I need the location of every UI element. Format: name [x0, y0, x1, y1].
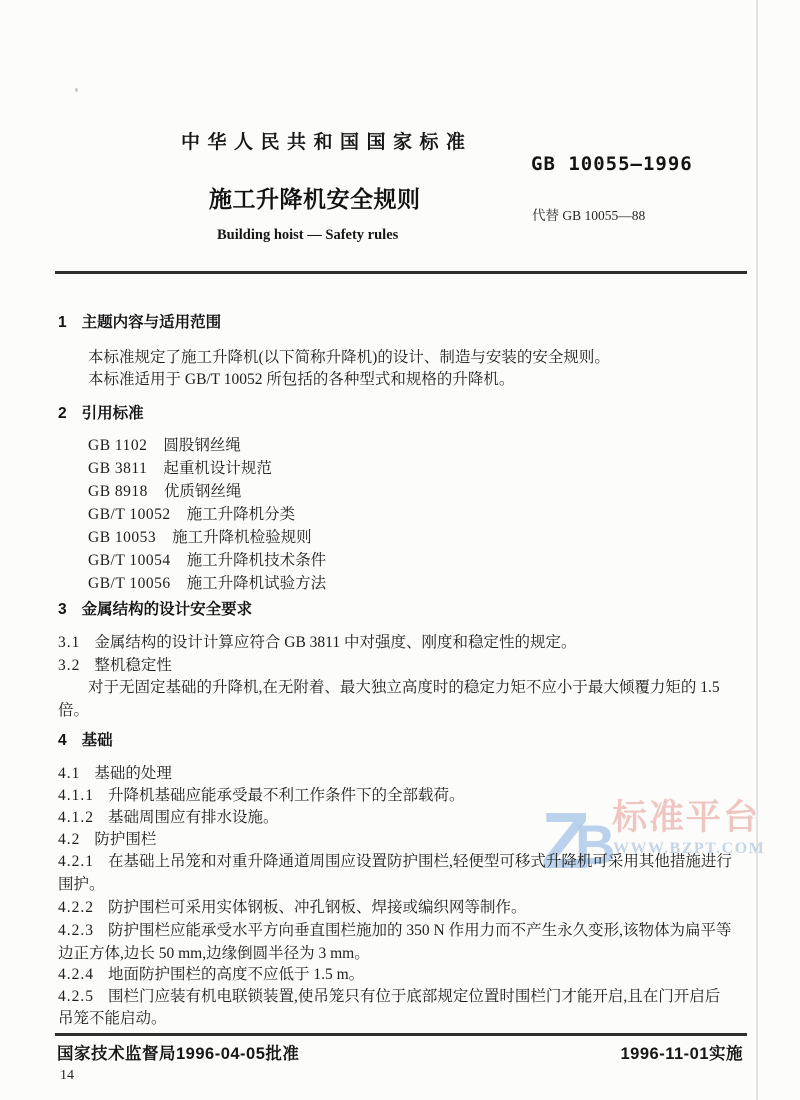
footer-implementation: 1996-11-01实施: [621, 1040, 744, 1064]
clause-4-2-3: 4.2.3防护围栏应能承受水平方向垂直围栏施加的 350 N 作用力而不产生永久…: [58, 921, 731, 940]
heading-text: 基础: [82, 732, 113, 749]
ref-gb-3811: GB 3811起重机设计规范: [88, 459, 272, 478]
watermark-name: 标准平台: [612, 790, 760, 840]
clause-number: 4.1.1: [58, 786, 94, 805]
clause-text: 在基础上吊笼和对重升降通道周围应设置防护围栏,轻便型可移式升降机可采用其他措施进…: [108, 853, 732, 870]
paragraph-stability: 对于无固定基础的升降机,在无附着、最大独立高度时的稳定力矩不应小于最大倾覆力矩的…: [88, 678, 720, 697]
clause-3-1: 3.1金属结构的设计计算应符合 GB 3811 中对强度、刚度和稳定性的规定。: [58, 633, 576, 652]
clause-4-2-1: 4.2.1在基础上吊笼和对重升降通道周围应设置防护围栏,轻便型可移式升降机可采用…: [58, 852, 732, 871]
clause-number: 4.2.5: [58, 987, 94, 1006]
clause-number: 3.2: [58, 656, 80, 675]
ref-gbt-10052: GB/T 10052施工升降机分类: [88, 505, 295, 524]
paragraph-stability-cont: 倍。: [58, 701, 89, 720]
header-rule: [55, 271, 747, 274]
clause-4-2: 4.2防护围栏: [58, 830, 156, 849]
clause-number: 4: [58, 731, 68, 750]
replaces-note: 代替 GB 10055—88: [532, 204, 645, 224]
footer-rule: [55, 1033, 747, 1036]
ref-code: GB 1102: [88, 436, 147, 455]
ref-title: 优质钢丝绳: [164, 483, 242, 500]
paragraph-scope-2: 本标准适用于 GB/T 10052 所包括的各种型式和规格的升降机。: [88, 370, 514, 389]
ref-title: 施工升降机检验规则: [172, 529, 312, 546]
ref-title: 施工升降机技术条件: [187, 552, 327, 569]
ref-title: 施工升降机分类: [187, 506, 296, 523]
document-page: 中华人民共和国国家标准 GB 10055—1996 施工升降机安全规则 代替 G…: [0, 0, 800, 1100]
clause-number: 4.2.2: [58, 898, 94, 917]
clause-number: 2: [58, 404, 68, 423]
ref-gbt-10054: GB/T 10054施工升降机技术条件: [88, 551, 326, 570]
clause-number: 3: [58, 600, 68, 619]
heading-2: 2引用标准: [58, 404, 144, 423]
clause-number: 1: [58, 313, 68, 332]
clause-3-2: 3.2整机稳定性: [58, 656, 172, 675]
document-title-en: Building hoist — Safety rules: [217, 227, 398, 244]
heading-text: 引用标准: [82, 405, 144, 422]
clause-4-2-1-cont: 围护。: [58, 875, 105, 894]
clause-number: 4.2.4: [58, 965, 94, 984]
ref-code: GB/T 10056: [88, 574, 171, 593]
footer-approval: 国家技术监督局1996-04-05批准: [57, 1040, 299, 1064]
clause-number: 4.2.3: [58, 921, 94, 940]
clause-number: 4.2.1: [58, 852, 94, 871]
clause-4-1: 4.1基础的处理: [58, 764, 172, 783]
clause-text: 防护围栏应能承受水平方向垂直围栏施加的 350 N 作用力而不产生永久变形,该物…: [108, 922, 731, 939]
standard-label: 中华人民共和国国家标准: [181, 127, 473, 154]
ref-code: GB/T 10054: [88, 551, 171, 570]
heading-3: 3金属结构的设计安全要求: [58, 600, 252, 619]
standard-code: GB 10055—1996: [531, 153, 693, 175]
clause-text: 地面防护围栏的高度不应低于 1.5 m。: [108, 966, 364, 983]
ref-gb-8918: GB 8918优质钢丝绳: [88, 482, 241, 501]
clause-text: 金属结构的设计计算应符合 GB 3811 中对强度、刚度和稳定性的规定。: [94, 634, 576, 651]
clause-text: 围栏门应装有机电联锁装置,使吊笼只有位于底部规定位置时围栏门才能开启,且在门开启…: [108, 988, 720, 1005]
document-title-cn: 施工升降机安全规则: [209, 181, 421, 214]
page-number: 14: [60, 1068, 74, 1084]
clause-text: 防护围栏可采用实体钢板、冲孔钢板、焊接或编织网等制作。: [108, 899, 527, 916]
ref-title: 施工升降机试验方法: [187, 575, 327, 592]
heading-1: 1主题内容与适用范围: [58, 313, 221, 332]
clause-4-1-1: 4.1.1升降机基础应能承受最不利工作条件下的全部载荷。: [58, 786, 465, 805]
ref-code: GB 8918: [88, 482, 148, 501]
ref-title: 起重机设计规范: [163, 460, 272, 477]
scan-edge-line: [756, 0, 758, 1100]
clause-text: 防护围栏: [94, 831, 156, 848]
ref-code: GB/T 10052: [88, 505, 171, 524]
ref-title: 圆股钢丝绳: [163, 437, 241, 454]
clause-text: 基础周围应有排水设施。: [108, 809, 279, 826]
clause-text: 整机稳定性: [94, 657, 172, 674]
clause-number: 3.1: [58, 633, 80, 652]
ref-code: GB 10053: [88, 528, 156, 547]
clause-4-2-5: 4.2.5围栏门应装有机电联锁装置,使吊笼只有位于底部规定位置时围栏门才能开启,…: [58, 987, 720, 1006]
heading-text: 金属结构的设计安全要求: [82, 601, 253, 618]
paragraph-scope-1: 本标准规定了施工升降机(以下简称升降机)的设计、制造与安装的安全规则。: [88, 348, 610, 367]
clause-text: 基础的处理: [94, 765, 172, 782]
clause-4-2-2: 4.2.2防护围栏可采用实体钢板、冲孔钢板、焊接或编织网等制作。: [58, 898, 527, 917]
clause-4-2-5-cont: 吊笼不能启动。: [58, 1009, 167, 1028]
ref-gb-10053: GB 10053施工升降机检验规则: [88, 528, 312, 547]
clause-number: 4.2: [58, 830, 80, 849]
scan-speck: [75, 88, 78, 92]
ref-code: GB 3811: [88, 459, 147, 478]
heading-text: 主题内容与适用范围: [82, 314, 222, 331]
clause-text: 升降机基础应能承受最不利工作条件下的全部载荷。: [108, 787, 465, 804]
clause-number: 4.1: [58, 764, 80, 783]
clause-4-2-3-cont: 边正方体,边长 50 mm,边缘倒圆半径为 3 mm。: [58, 944, 370, 963]
ref-gb-1102: GB 1102圆股钢丝绳: [88, 436, 241, 455]
ref-gbt-10056: GB/T 10056施工升降机试验方法: [88, 574, 326, 593]
clause-number: 4.1.2: [58, 808, 94, 827]
clause-4-1-2: 4.1.2基础周围应有排水设施。: [58, 808, 279, 827]
heading-4: 4基础: [58, 731, 113, 750]
clause-4-2-4: 4.2.4地面防护围栏的高度不应低于 1.5 m。: [58, 965, 364, 984]
